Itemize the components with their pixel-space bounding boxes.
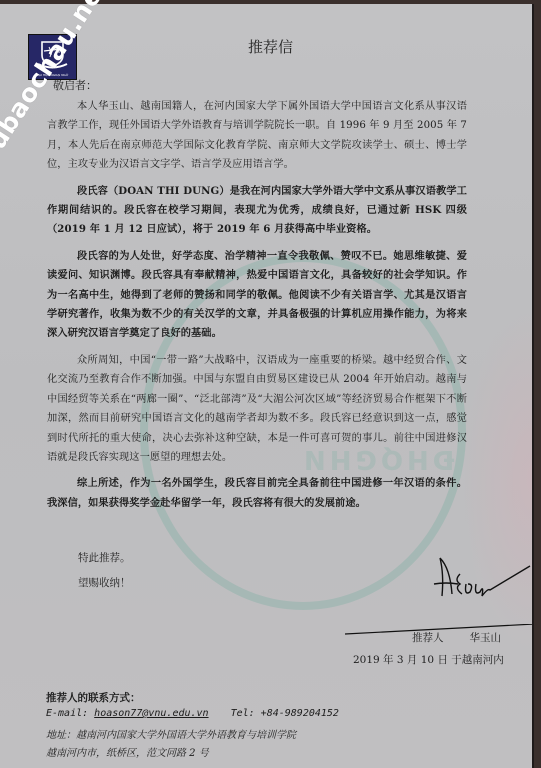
- letter-body: 本人华玉山、越南国籍人，在河内国家大学下属外国语大学中国语言文化系从事汉语言教学…: [47, 97, 467, 520]
- closing-request: 望赐收纳！: [78, 575, 131, 590]
- paragraph-context: 众所周知，中国“一带一路”大战略中，汉语成为一座重要的桥梁。越中经贸合作、文化交…: [47, 351, 467, 467]
- signer-label: 推荐人: [412, 632, 444, 644]
- closing-recommend: 特此推荐。: [78, 550, 131, 565]
- handwritten-signature-icon: [430, 544, 534, 624]
- date-place: 2019 年 3 月 10 日 于越南河内: [353, 652, 504, 667]
- tel-label: Tel:: [231, 708, 261, 719]
- contact-email-tel: E-mail: hoason77@vnu.edu.vnTel: +84-9892…: [46, 708, 339, 719]
- salutation: 敬启者：: [53, 77, 97, 93]
- paragraph-intro: 本人华玉山、越南国籍人，在河内国家大学下属外国语大学中国语言文化系从事汉语言教学…: [47, 97, 467, 175]
- letter-page: ĐHQGHN ĐẠI HỌC NGOẠI NGỮ 推荐信 敬启者： 本人华玉山、…: [0, 4, 534, 768]
- contact-heading: 推荐人的联系方式：: [46, 690, 141, 705]
- paragraph-character: 段氏容的为人处世，好学态度、治学精神一直令我敬佩、赞叹不已。她思维敏捷、爱读爱问…: [47, 247, 467, 344]
- signer-block: 推荐人华玉山: [412, 630, 501, 645]
- signer-name: 华玉山: [470, 632, 502, 644]
- tel-value: +84-989204152: [261, 708, 339, 719]
- paragraph-conclusion: 综上所述，作为一名外国学生，段氏容目前完全具备前往中国进修一年汉语的条件。我深信…: [47, 474, 467, 513]
- email-label: E-mail:: [46, 708, 94, 719]
- email-link[interactable]: hoason77@vnu.edu.vn: [94, 708, 208, 719]
- address-line-2: 越南河内市，纸桥区，范文同路 2 号: [46, 744, 209, 759]
- address-line-1: 地址：越南河内国家大学外国语大学外语教育与培训学院: [46, 726, 296, 741]
- paragraph-student: 段氏容（DOAN THI DUNG）是我在河内国家大学外语大学中文系从事汉语教学…: [47, 182, 467, 240]
